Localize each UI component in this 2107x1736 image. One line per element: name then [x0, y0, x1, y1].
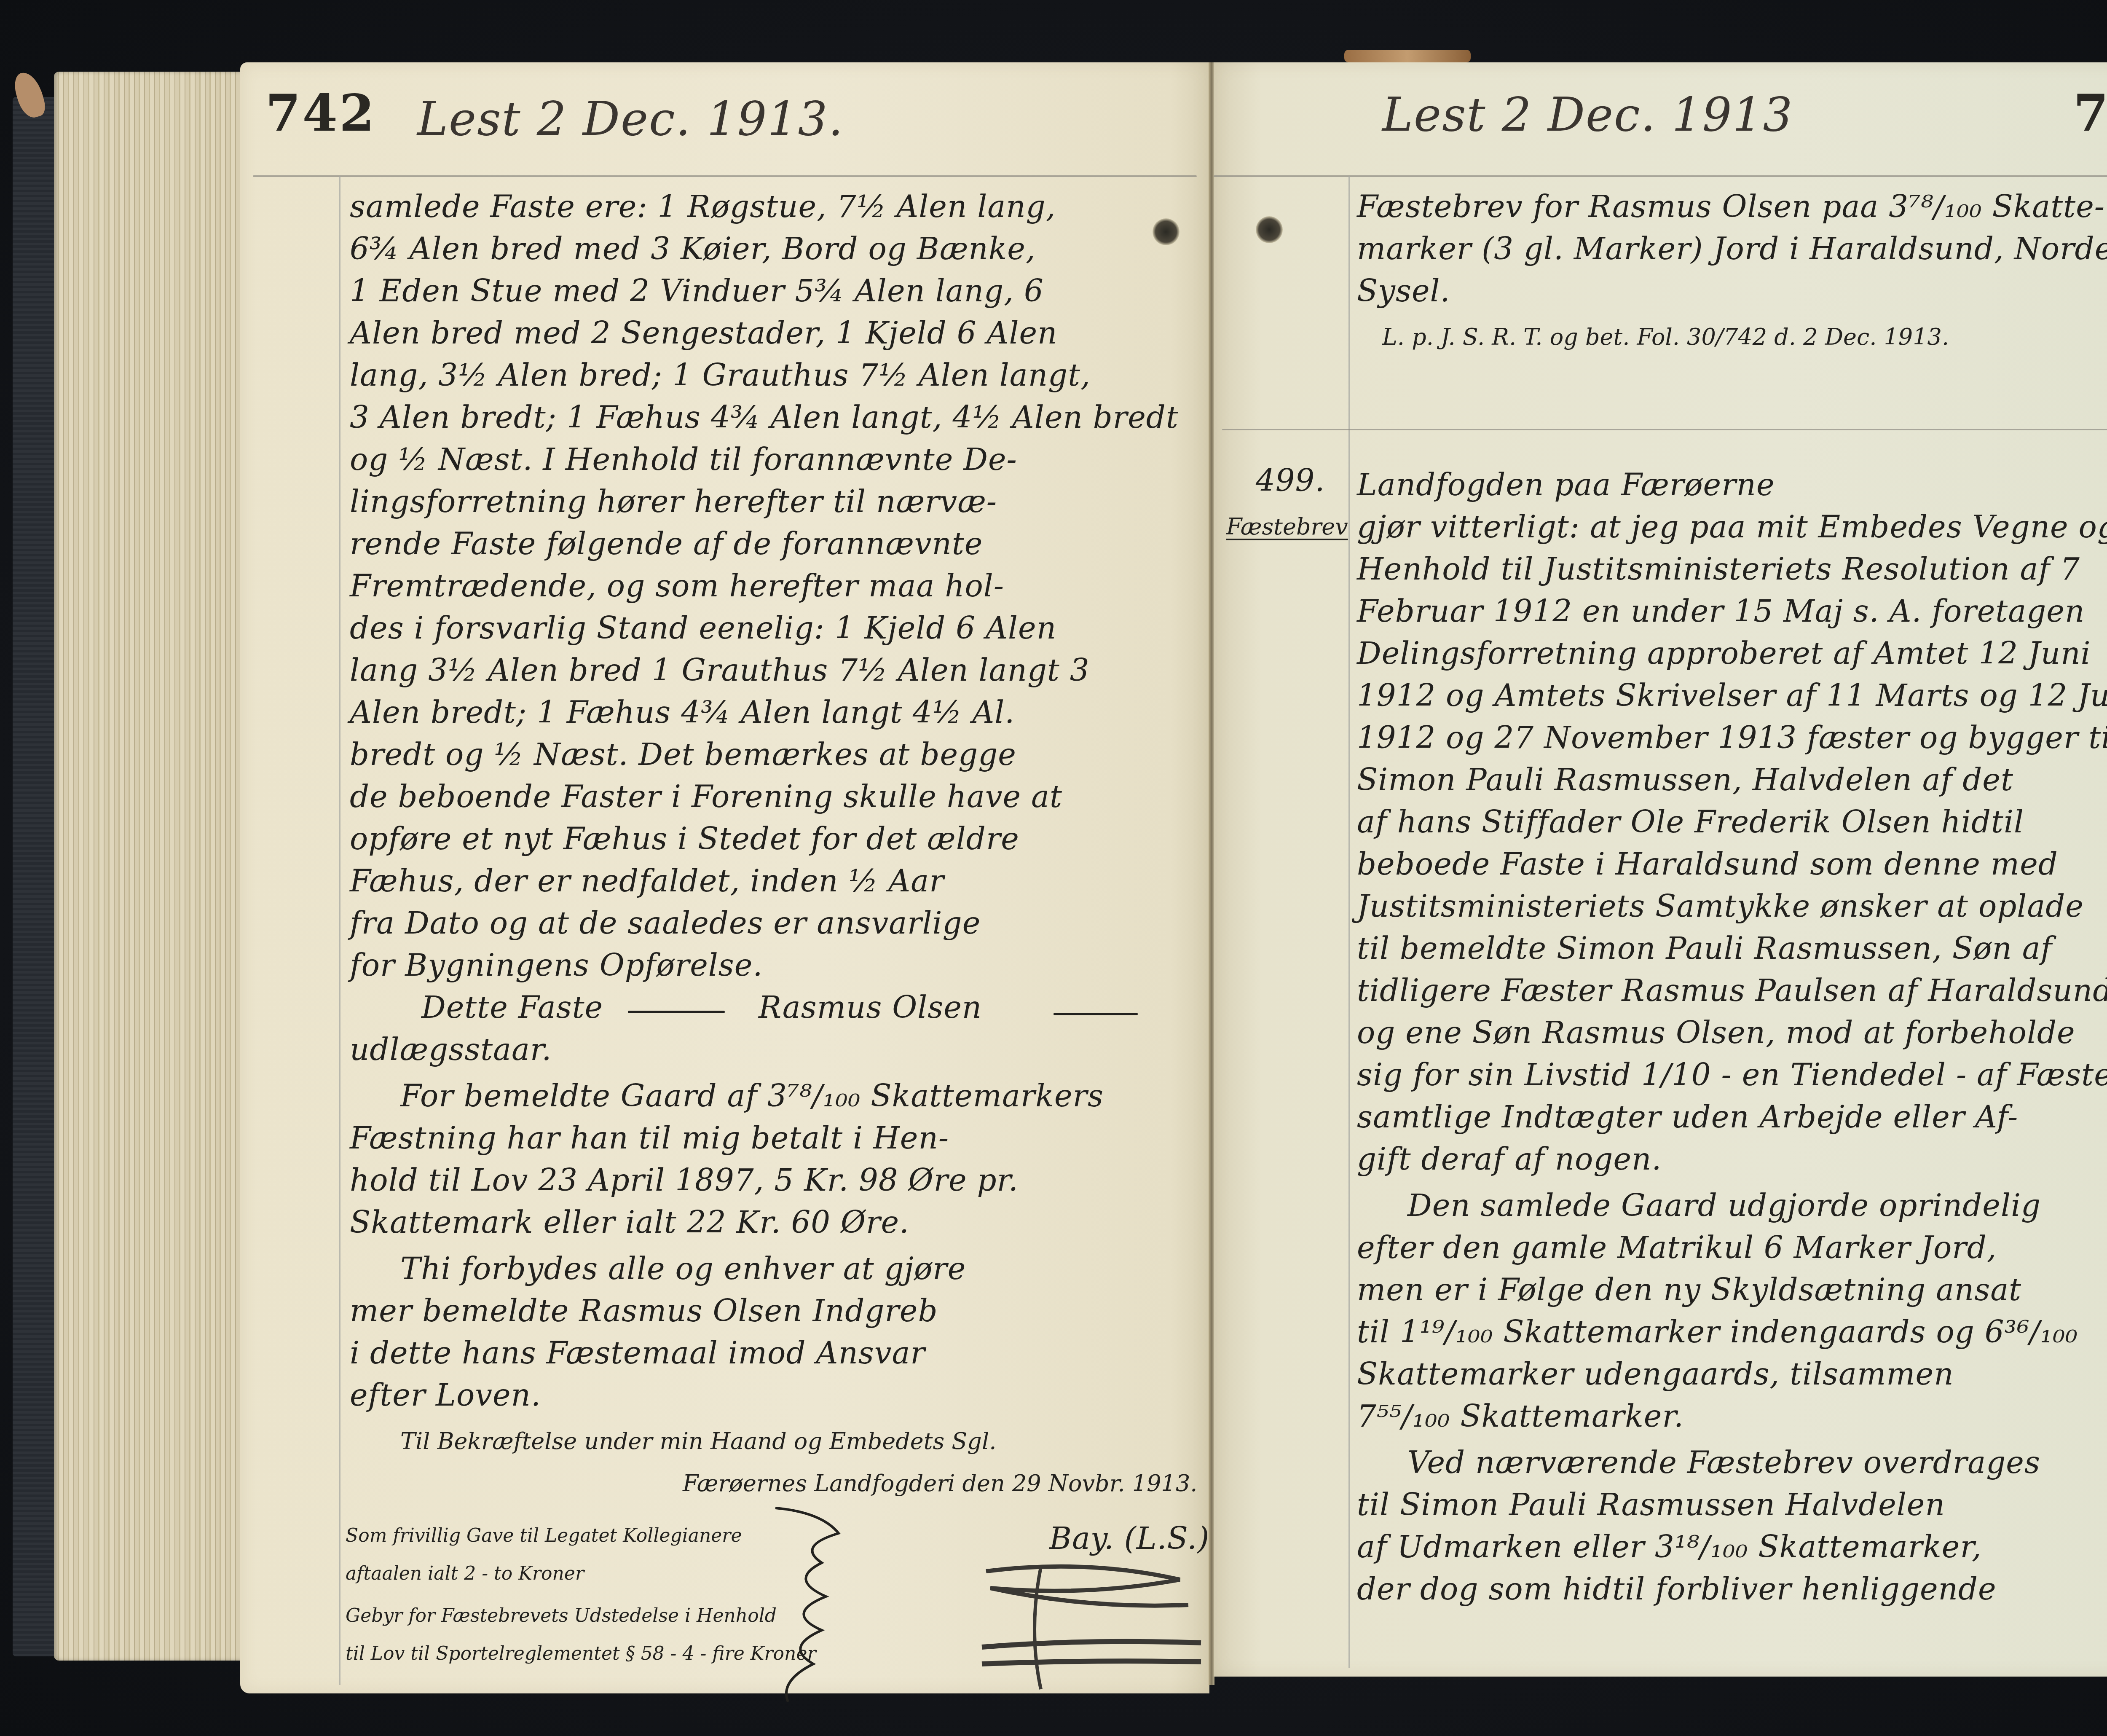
- page-number-left: 742: [265, 83, 376, 143]
- text-line: Februar 1912 en under 15 Maj s. A. foret…: [1357, 593, 2085, 629]
- text-line: Fæhus, der er nedfaldet, inden ½ Aar: [350, 863, 944, 899]
- text-line: Skattemark eller ialt 22 Kr. 60 Øre.: [350, 1205, 909, 1240]
- text-line: Fremtrædende, og som herefter maa hol-: [350, 568, 1004, 604]
- page-number-right: 743: [2073, 83, 2107, 143]
- text-line: samlede Faste ere: 1 Røgstue, 7½ Alen la…: [350, 189, 1056, 224]
- text-line: Alen bred med 2 Sengestader, 1 Kjeld 6 A…: [350, 315, 1057, 351]
- text-line: Simon Pauli Rasmussen, Halvdelen af det: [1357, 762, 2013, 797]
- text-line: efter den gamle Matrikul 6 Marker Jord,: [1357, 1230, 1997, 1265]
- curly-bracket-icon: [771, 1504, 855, 1706]
- worn-spine-top: [1344, 50, 1471, 62]
- text-line: Thi forbydes alle og enhver at gjøre: [400, 1251, 966, 1286]
- text-line: rende Faste følgende af de forannævnte: [350, 526, 983, 561]
- text-line: samtlige Indtægter uden Arbejde eller Af…: [1357, 1099, 2018, 1135]
- dash-separator: [628, 1011, 725, 1013]
- entry-separator: [1222, 429, 2107, 430]
- signature-seal: Bay. (L.S.): [1049, 1521, 1209, 1556]
- text-line: Delingsforretning approberet af Amtet 12…: [1357, 636, 2091, 671]
- text-line: Alen bredt; 1 Fæhus 4¾ Alen langt 4½ Al.: [350, 695, 1015, 730]
- text-line: lingsforretning hører herefter til nærvæ…: [350, 484, 997, 519]
- text-line: til bemeldte Simon Pauli Rasmussen, Søn …: [1357, 931, 2052, 966]
- text-line: bredt og ½ Næst. Det bemærkes at begge: [350, 737, 1016, 772]
- text-line: Dette Faste: [421, 990, 603, 1025]
- text-line: marker (3 gl. Marker) Jord i Haraldsund,…: [1357, 231, 2107, 266]
- text-line: Ved nærværende Fæstebrev overdrages: [1407, 1445, 2040, 1480]
- text-line: de beboende Faster i Forening skulle hav…: [350, 779, 1062, 814]
- text-line: L. p. J. S. R. T. og bet. Fol. 30/742 d.…: [1382, 324, 1949, 350]
- text-line: 1 Eden Stue med 2 Vinduer 5¾ Alen lang, …: [350, 273, 1044, 309]
- text-line: i dette hans Fæstemaal imod Ansvar: [350, 1335, 925, 1371]
- text-line: af hans Stiffader Ole Frederik Olsen hid…: [1357, 804, 2024, 840]
- text-line: Henhold til Justitsministeriets Resoluti…: [1357, 551, 2080, 587]
- text-line: beboede Faste i Haraldsund som denne med: [1357, 846, 2058, 882]
- text-line: For bemeldte Gaard af 3⁷⁸/₁₀₀ Skattemark…: [400, 1078, 1104, 1114]
- text-line: til 1¹⁹/₁₀₀ Skattemarker indengaards og …: [1357, 1314, 2078, 1350]
- text-line: hold til Lov 23 April 1897, 5 Kr. 98 Øre…: [350, 1162, 1019, 1198]
- text-line: mer bemeldte Rasmus Olsen Indgreb: [350, 1293, 938, 1328]
- text-line: sig for sin Livstid 1/10 - en Tiendedel …: [1357, 1057, 2107, 1092]
- text-line: gift deraf af nogen.: [1357, 1141, 1662, 1177]
- text-line: lang, 3½ Alen bred; 1 Grauthus 7½ Alen l…: [350, 357, 1091, 393]
- text-line: Sysel.: [1357, 273, 1450, 309]
- entry-number: 499.: [1256, 463, 1325, 498]
- text-line: Fæstning har han til mig betalt i Hen-: [350, 1120, 949, 1156]
- signature-place-date: Færøernes Landfogderi den 29 Novbr. 1913…: [683, 1470, 1198, 1497]
- fee-note: til Lov til Sportelreglementet § 58 - 4 …: [346, 1643, 816, 1664]
- fee-note: Som frivillig Gave til Legatet Kollegian…: [346, 1525, 742, 1546]
- text-line: til Simon Pauli Rasmussen Halvdelen: [1357, 1487, 1945, 1522]
- margin-rule: [1348, 176, 1350, 1668]
- text-line: 3 Alen bredt; 1 Fæhus 4¾ Alen langt, 4½ …: [350, 400, 1179, 435]
- fee-note: Gebyr for Fæstebrevets Udstedelse i Henh…: [346, 1605, 777, 1626]
- page-heading-right: Lest 2 Dec. 1913: [1382, 88, 1793, 142]
- text-line: og ½ Næst. I Henhold til forannævnte De-: [350, 442, 1017, 477]
- text-line: der dog som hidtil forbliver henliggende: [1357, 1571, 1997, 1607]
- text-line: des i forsvarlig Stand eenelig: 1 Kjeld …: [350, 610, 1056, 646]
- text-line: fra Dato og at de saaledes er ansvarlige: [350, 905, 981, 941]
- text-line: Justitsministeriets Samtykke ønsker at o…: [1357, 888, 2084, 924]
- text-line: men er i Følge den ny Skyldsætning ansat: [1357, 1272, 2021, 1307]
- text-line: tidligere Fæster Rasmus Paulsen af Haral…: [1357, 973, 2107, 1008]
- left-page: 742 Lest 2 Dec. 1913. samlede Faste ere:…: [240, 62, 1209, 1693]
- text-line: og ene Søn Rasmus Olsen, mod at forbehol…: [1357, 1015, 2075, 1050]
- margin-note: Fæstebrev: [1226, 513, 1348, 540]
- text-line: 7⁵⁵/₁₀₀ Skattemarker.: [1357, 1398, 1684, 1434]
- page-heading-left: Lest 2 Dec. 1913.: [417, 92, 844, 146]
- dash-separator: [1053, 1013, 1138, 1015]
- text-line: efter Loven.: [350, 1377, 541, 1413]
- right-page: Lest 2 Dec. 1913 743 Fæstebrev for Rasmu…: [1214, 62, 2107, 1677]
- text-line: 1912 og Amtets Skrivelser af 11 Marts og…: [1357, 678, 2107, 713]
- fee-note: aftaalen ialt 2 - to Kroner: [346, 1563, 584, 1584]
- header-rule: [1214, 175, 2107, 177]
- text-line: 1912 og 27 November 1913 fæster og bygge…: [1357, 720, 2107, 755]
- margin-rule: [339, 176, 340, 1685]
- cover-edge-left: [13, 97, 59, 1656]
- punch-hole: [1256, 216, 1283, 243]
- text-line: Rasmus Olsen: [759, 990, 982, 1025]
- text-line: Skattemarker udengaards, tilsammen: [1357, 1356, 1954, 1392]
- text-line: Landfogden paa Færøerne: [1357, 467, 1775, 502]
- crossed-out-signature-icon: [978, 1563, 1205, 1698]
- text-line: 6¾ Alen bred med 3 Køier, Bord og Bænke,: [350, 231, 1036, 266]
- text-line: udlægsstaar.: [350, 1032, 552, 1067]
- text-line: for Bygningens Opførelse.: [350, 947, 763, 983]
- text-line: opføre et nyt Fæhus i Stedet for det æld…: [350, 821, 1019, 856]
- page-stack-left: [54, 72, 244, 1661]
- text-line: Til Bekræftelse under min Haand og Embed…: [400, 1428, 996, 1454]
- text-line: gjør vitterligt: at jeg paa mit Embedes …: [1357, 509, 2107, 545]
- header-rule: [253, 175, 1197, 177]
- text-line: Den samlede Gaard udgjorde oprindelig: [1407, 1188, 2041, 1223]
- text-line: af Udmarken eller 3¹⁸/₁₀₀ Skattemarker,: [1357, 1529, 1982, 1564]
- text-line: Fæstebrev for Rasmus Olsen paa 3⁷⁸/₁₀₀ S…: [1357, 189, 2105, 224]
- punch-hole: [1153, 218, 1179, 245]
- text-line: lang 3½ Alen bred 1 Grauthus 7½ Alen lan…: [350, 652, 1090, 688]
